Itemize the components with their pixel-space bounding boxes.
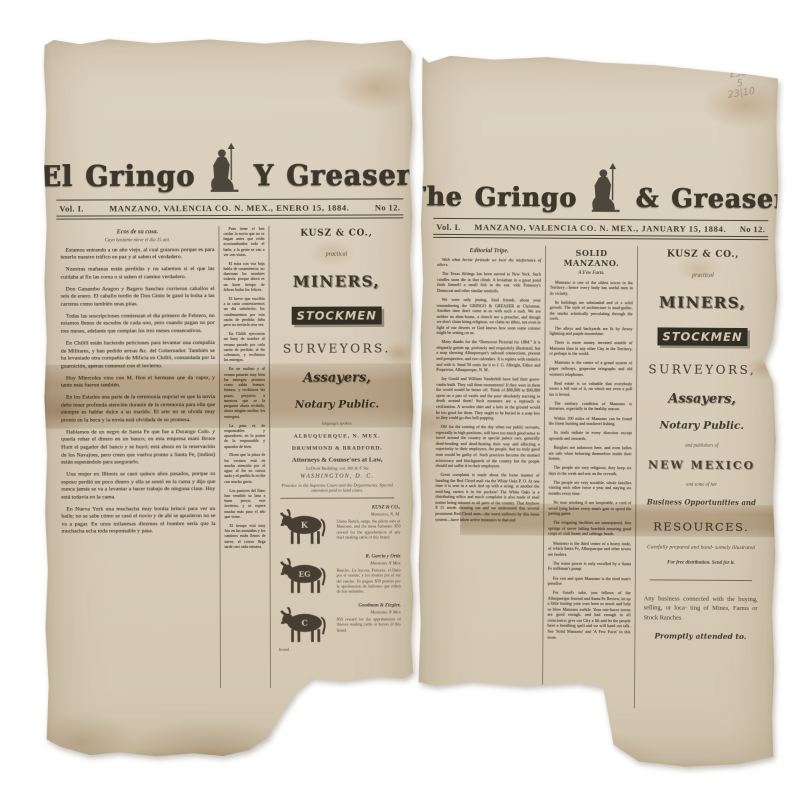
pencil-line: 23|10 (727, 87, 756, 101)
issue-number: No 12. (375, 202, 401, 212)
issue-number: No 12. (740, 223, 766, 233)
column-2-solid-manzano: SOLID MANZANO. A Few Facts. Manzano is o… (542, 245, 637, 708)
masthead-word: Gringo (85, 162, 195, 191)
paragraph: Real estate is so valuable that everybod… (549, 380, 632, 397)
newspaper-left-content: El Gringo Y Greaser. (43, 37, 416, 756)
dateline-right: Vol. I. MANZANO, VALENCIA CO. N. MEX., J… (433, 218, 768, 240)
brand-letter: C (301, 618, 308, 628)
brand-place: Manzano N Mex (337, 560, 401, 565)
paragraph: Los pastores del llano han vendido su la… (224, 487, 265, 519)
masthead-word: & (635, 185, 659, 212)
paragraph: Pues tiene el ben cuidar la novia que no… (223, 225, 264, 257)
column-1-spanish-news: Ecos de su casa. Cayo bastante nieve el … (56, 226, 220, 689)
cattle-brand-cow-icon: C (275, 604, 333, 646)
masthead-word: Y (254, 162, 274, 191)
masthead-seated-figure-icon (207, 142, 242, 198)
column-subheading: A Few Facts. (550, 270, 633, 276)
paragraph: The irrigating facilities are unsurpasse… (548, 520, 631, 537)
brand-place: Manzano, N. M. (336, 511, 400, 516)
paragraph-list: Pues tiene el ben cuidar la novia que no… (223, 225, 265, 549)
paragraph: En Nueva York una muchacha muy bonita br… (61, 506, 215, 537)
paragraph-list: Estamos entrando a un año viejo, al cual… (60, 247, 215, 537)
paragraph: Dicen que la plaza de los vecinos está e… (224, 452, 265, 484)
paragraph: With what heroic fortitude we bear the m… (437, 256, 541, 268)
paragraph: Todas las suscripciones comienzan el dia… (61, 313, 215, 336)
paragraph: No man smoking if not hospitable, a cord… (548, 500, 631, 517)
cattle-brand-cow-icon: EG (275, 555, 333, 597)
volume-label: Vol. I. (59, 203, 83, 213)
publication-resources: RESOURCES. (640, 519, 762, 534)
brand-owner: R. Garcia y Ortiz (337, 554, 401, 559)
masthead-left: El Gringo Y Greaser. (56, 141, 403, 190)
paragraph: Burglars are unknown here, and even ladi… (549, 445, 632, 462)
paragraph: Manzano is one of the oldest towns in th… (550, 279, 633, 296)
paragraph: Manzano is the third centre of a heavy t… (548, 540, 631, 557)
publication-free-note: For free distribution. Send for it. (640, 560, 762, 566)
brand-body: $50 reward for the apprehension of thiev… (337, 616, 401, 632)
publication-subline: and some of her (640, 482, 762, 488)
ad-firm-name: KUSZ & CO., (273, 228, 399, 238)
masthead-word: The (407, 183, 463, 210)
newspaper-right-content: £52 5 23|10 The Gringo (417, 53, 780, 767)
ad-tagline: practical (642, 272, 764, 279)
newspaper-right-the-gringo: £52 5 23|10 The Gringo (417, 53, 780, 767)
paragraph: En los Estados una parte de la ceremonia… (61, 394, 215, 425)
paragraph: Great complaint is made about the loose … (435, 472, 539, 523)
masthead-right: The Gringo & Greaser. (433, 161, 768, 211)
ad-line-assayers: Assayers, (641, 391, 763, 407)
newspaper-right-wrapper: £52 5 23|10 The Gringo (417, 53, 780, 767)
paragraph: Estamos entrando a un año viejo, al cual… (60, 247, 214, 263)
paragraph: Its buildings are substantial and of a s… (550, 299, 633, 322)
paragraph: For Gaud's sake, you fellows of the Albu… (547, 590, 630, 641)
masthead-word: Greaser. (286, 162, 420, 191)
paragraph: The alleys and backyards are lit by Jers… (550, 325, 633, 337)
brand-place: Manzano N Mex (337, 609, 401, 614)
masthead-word: Greaser. (671, 185, 795, 212)
newspaper-left-wrapper: El Gringo Y Greaser. (43, 37, 416, 756)
ad-line-notary-public: Notary Public. (641, 419, 763, 432)
publication-line: Business Opportunities and (640, 497, 762, 507)
paragraph: Don Ganambo Aragon y Bagero Sanchez corr… (61, 286, 215, 309)
paragraph: The Texas Siftings has been moved to New… (437, 271, 541, 294)
ad-firm-name: KUSZ & CO., (642, 249, 764, 260)
column-heading: Editorial Tripe. (437, 246, 541, 254)
pencil-annotation: £52 5 23|10 (724, 67, 756, 101)
paragraph: We were only jesting, kind friends, abou… (437, 297, 541, 337)
columns-right-paper: Editorial Tripe. With what heroic fortit… (430, 244, 768, 708)
brand-letter: EG (299, 570, 311, 579)
columns-left-paper: Ecos de su casa. Cayo bastante nieve el … (56, 225, 405, 688)
ad-line-miners: MINERS, (642, 293, 764, 312)
attorneys-firm: DRUMMOND & BRADFORD, (274, 445, 400, 451)
publishers-intro: and publishers of (641, 443, 763, 449)
paragraph: Una mujer en Illinois se casó quince año… (61, 471, 215, 502)
column-subheading: Cayo bastante nieve el dia 15 ant. (60, 238, 214, 244)
brand-letter: K (301, 520, 309, 530)
attorneys-title: Attorneys & Counse'ors at Law, (274, 456, 400, 463)
attorneys-city: WASHINGTON, D. C. (274, 473, 400, 479)
paragraph: The water power is only excelled by a Sa… (548, 560, 631, 572)
paragraph: Nuestras mañanas están perdidas y no sab… (61, 266, 215, 282)
paragraph: Its trails radiate in every direction ex… (549, 430, 632, 442)
cattle-brand-ad: C Goodman & Ziegler, Manzano N Mex $50 r… (275, 603, 401, 645)
paragraph: For rest and quiet Manzano is the tired … (548, 575, 631, 587)
column-heading: Ecos de su casa. (60, 228, 214, 236)
cattle-brand-cow-icon: K (274, 506, 332, 548)
ad-line-surveyors: SURVEYORS, (641, 362, 763, 377)
paragraph: En un molino y al verano pasarán muy bie… (224, 366, 265, 419)
paragraph: En Chilili ejercieron un buey de nombre … (224, 331, 265, 363)
ad-line-stockmen-row: STOCKMEN (641, 327, 763, 346)
paragraph: Within 100 miles of Manzano can be found… (549, 415, 632, 427)
column-2-spanish-notes: Pues tiene el ben cuidar la novia que no… (218, 225, 270, 687)
publication-description: Carefully prepared and hand- somely illu… (646, 544, 756, 551)
attorneys-body: Practice in the Supreme Court and the De… (277, 482, 397, 492)
ad-languages-note: languages spoken. (274, 420, 400, 425)
dateline-text: MANZANO, VALENCIA CO. N. MEX., ENERO 15,… (109, 202, 349, 213)
masthead-seated-figure-icon (589, 162, 624, 218)
ad-line-notary-public: Notary Public. (274, 398, 400, 410)
masthead-word: El (40, 163, 73, 192)
ad-city-line: ALBUQUERQUE, N. MEX. (274, 433, 400, 439)
paragraph: The people are very sociable, whole fami… (548, 480, 631, 497)
volume-label: Vol. I. (436, 221, 461, 231)
brand-body: Rancho, La Aurora, Pastores, el llano po… (337, 567, 401, 594)
newspaper-left-el-gringo: El Gringo Y Greaser. (43, 37, 416, 756)
paragraph: Jay Gould and William Vanderbilt have ha… (436, 376, 540, 421)
masthead-word: Gringo (474, 183, 577, 210)
paragraph: El breve que escribía a la carta contest… (224, 296, 265, 328)
ad-line-miners: MINERS, (274, 272, 400, 290)
brand-body: Llama Ranch, range, the plains east of M… (336, 518, 400, 539)
paragraph: The people are very religious; they keep… (549, 465, 632, 477)
paragraph: Manzano is the centre of a grand system … (549, 360, 632, 377)
brand-caption: brand. (279, 646, 401, 651)
publication-title: NEW MEXICO (641, 458, 763, 472)
paragraph: Hablamos de un negro de Santa Fe que fue… (61, 429, 215, 467)
dateline-left: Vol. I. MANZANO, VALENCIA CO. N. MEX., E… (56, 198, 403, 219)
paragraph: El mira con voz baja habla de casamiento… (224, 261, 265, 293)
column-1-editorial: Editorial Tripe. With what heroic fortit… (430, 244, 545, 707)
column-heading: SOLID MANZANO. (550, 247, 633, 268)
paragraph: There is more money invested outside of … (549, 340, 632, 357)
ad-line-assayers: Assayers, (274, 370, 400, 385)
paragraph: Oh! for the coming of the day when our p… (436, 424, 540, 469)
business-notice: Any business connected with the buying, … (644, 594, 758, 623)
attorneys-address: LeDroit Building, cor. 8th & F Sts (274, 465, 400, 470)
divider-rule (650, 579, 752, 581)
auction-photo-two-newspapers: El Gringo Y Greaser. (0, 0, 800, 800)
paragraph: En Chilili están haciendo peticiones par… (61, 340, 215, 371)
paragraph-list: With what heroic fortitude we bear the m… (435, 256, 541, 522)
paragraph: Many thanks for the “Democrat Pictorial … (436, 339, 540, 373)
ad-tagline: practical (273, 251, 399, 257)
paragraph: The sanitary condition of Manzano is imm… (549, 401, 632, 413)
paragraph: El tiempo está muy frio en las montañas … (224, 523, 265, 549)
ad-line-stockmen: STOCKMEN (292, 306, 382, 324)
column-3-advertisements: KUSZ & CO., practical MINERS, STOCKMEN S… (268, 225, 405, 687)
ad-line-surveyors: SURVEYORS. (274, 341, 400, 355)
ad-line-stockmen: STOCKMEN (657, 327, 747, 346)
paragraph: La pasa es de responsables y apuradores;… (224, 422, 265, 448)
brand-owner: KUSZ & CO., (336, 505, 400, 510)
paragraph-list: Manzano is one of the oldest towns in th… (547, 279, 633, 640)
business-notice-promptly: Promptly attended to. (639, 631, 761, 641)
column-3-advertisements: KUSZ & CO., practical MINERS, STOCKMEN S… (634, 246, 768, 709)
cattle-brand-ad: EG R. Garcia y Ortiz Manzano N Mex Ranch… (275, 554, 401, 596)
divider-rule (280, 497, 394, 498)
ad-line-stockmen-row: STOCKMEN (274, 306, 400, 325)
dateline-text: MANZANO, VALENCIA CO. N. MEX., JANUARY 1… (474, 222, 726, 234)
paragraph: Hoy Miercoles vino con M. Hon el hermano… (61, 375, 215, 391)
brand-owner: Goodman & Ziegler, (337, 603, 401, 608)
cattle-brand-ad: K KUSZ & CO., Manzano, N. M. Llama Ranch… (274, 505, 400, 547)
